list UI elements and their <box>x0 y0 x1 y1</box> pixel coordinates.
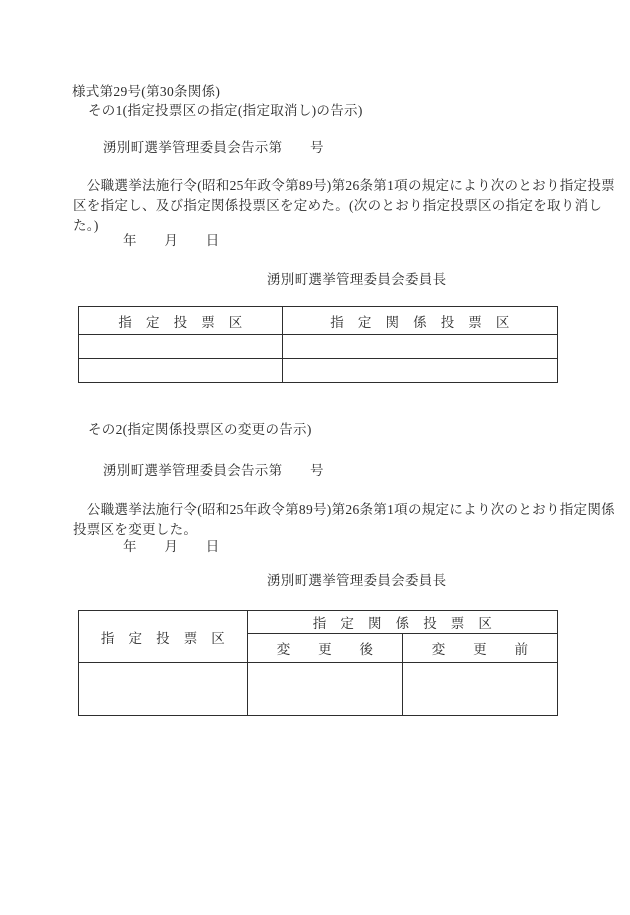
section2-title: その2(指定関係投票区の変更の告示) <box>88 420 312 440</box>
change-table: 指 定 投 票 区 指 定 関 係 投 票 区 変 更 後 変 更 前 <box>78 610 558 716</box>
section2-body-line-1: 公職選挙法施行令(昭和25年政令第89号)第26条第1項の規定により次のとおり指… <box>73 500 615 520</box>
change-table-header-related-district-group: 指 定 関 係 投 票 区 <box>248 611 558 634</box>
change-table-header-before-change: 変 更 前 <box>403 634 558 663</box>
change-table-header-polling-district: 指 定 投 票 区 <box>79 611 248 663</box>
section2-date-line: 年 月 日 <box>123 537 220 557</box>
designation-table: 指 定 投 票 区 指 定 関 係 投 票 区 <box>78 306 558 383</box>
designation-table-header-polling-district: 指 定 投 票 区 <box>79 307 283 335</box>
change-table-header-after-change: 変 更 後 <box>248 634 403 663</box>
form-number: 様式第29号(第30条関係) <box>72 82 220 102</box>
section1-notice-number-line: 湧別町選挙管理委員会告示第 号 <box>103 138 324 158</box>
change-table-cell-empty <box>248 663 403 716</box>
change-table-cell-empty <box>79 663 248 716</box>
section1-body-line-2: 区を指定し、及び指定関係投票区を定めた。(次のとおり指定投票区の指定を取り消し <box>73 196 602 216</box>
section2-signature: 湧別町選挙管理委員会委員長 <box>267 571 446 591</box>
section1-body-line-1: 公職選挙法施行令(昭和25年政令第89号)第26条第1項の規定により次のとおり指… <box>73 176 615 196</box>
section1-body-line-3: た。) <box>73 216 99 236</box>
section1-title: その1(指定投票区の指定(指定取消し)の告示) <box>88 101 363 121</box>
designation-table-header-related-district: 指 定 関 係 投 票 区 <box>283 307 558 335</box>
section1-signature: 湧別町選挙管理委員会委員長 <box>267 270 446 290</box>
section1-date-line: 年 月 日 <box>123 231 220 251</box>
designation-table-cell-empty <box>79 335 283 359</box>
designation-table-cell-empty <box>283 359 558 383</box>
designation-table-cell-empty <box>283 335 558 359</box>
designation-table-cell-empty <box>79 359 283 383</box>
document-page: 様式第29号(第30条関係) その1(指定投票区の指定(指定取消し)の告示) 湧… <box>0 0 630 915</box>
section2-notice-number-line: 湧別町選挙管理委員会告示第 号 <box>103 461 324 481</box>
change-table-cell-empty <box>403 663 558 716</box>
